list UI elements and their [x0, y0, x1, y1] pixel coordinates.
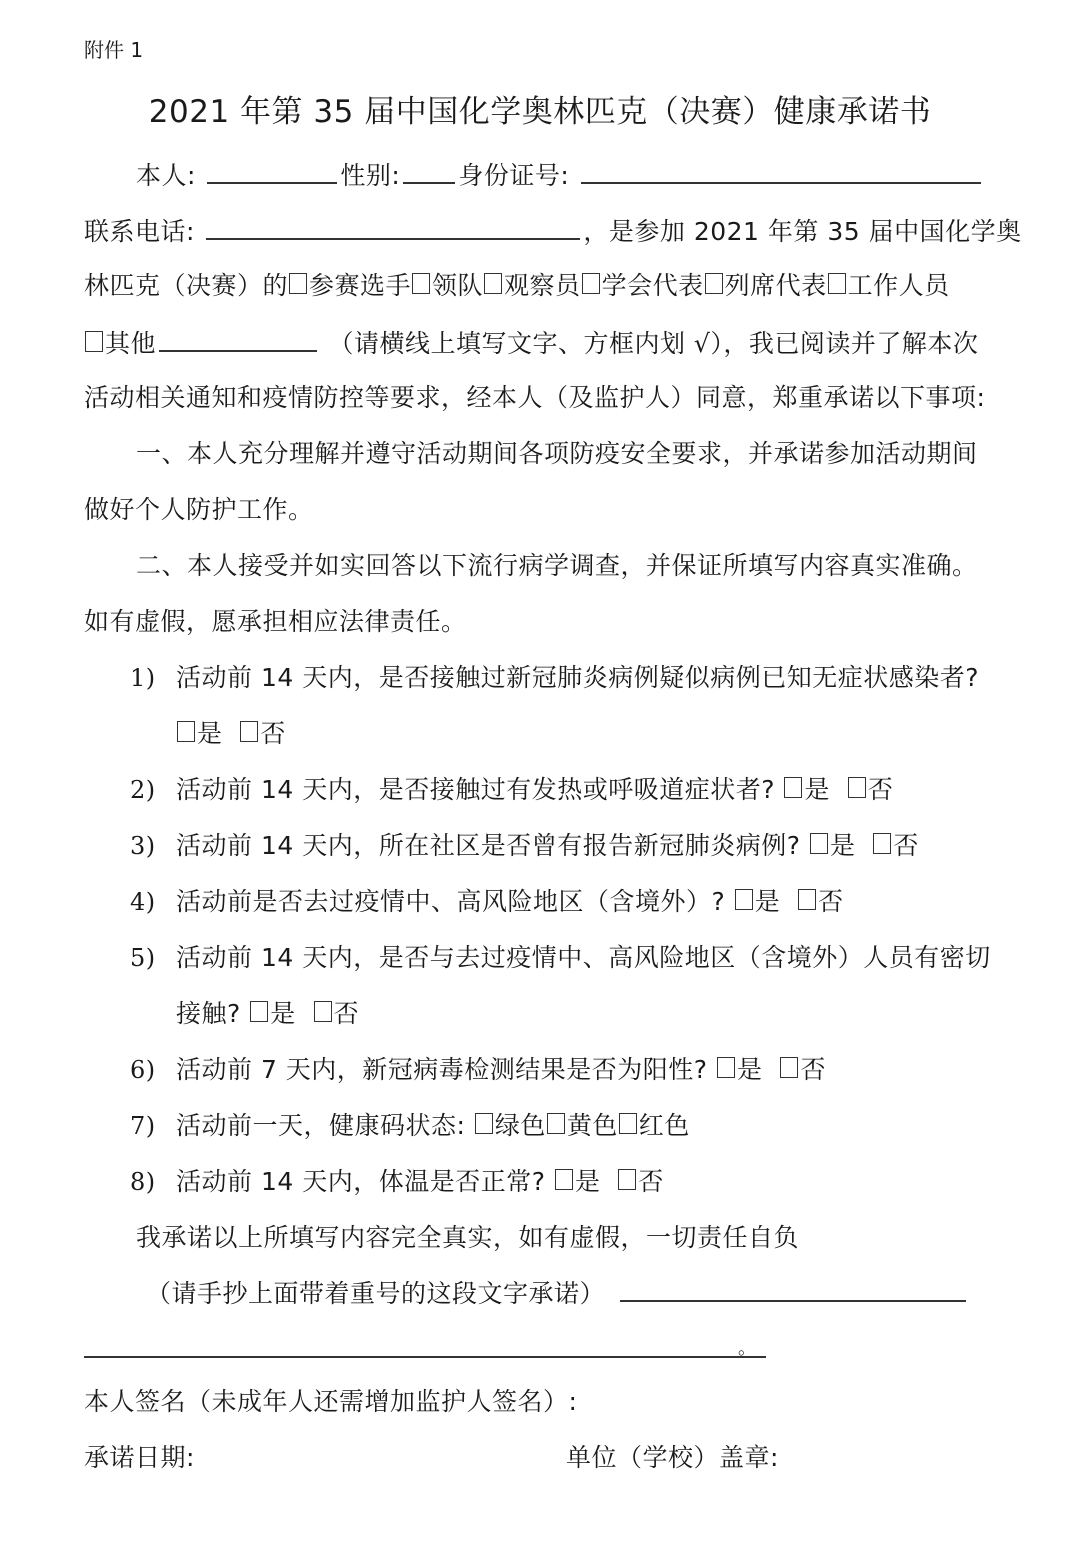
role-option-society-rep[interactable]: 学会代表 — [581, 270, 704, 302]
section-two-line2: 如有虚假，愿承担相应法律责任。 — [84, 606, 467, 638]
checkbox[interactable] — [618, 1169, 636, 1190]
answer-yes[interactable]: 是 — [734, 886, 781, 918]
document-title: 2021 年第 35 届中国化学奥林匹克（决赛）健康承诺书 — [0, 86, 1080, 131]
gender-field[interactable] — [403, 158, 455, 184]
checkbox[interactable] — [582, 273, 600, 294]
end-mark: 。 — [738, 1334, 756, 1360]
attachment-label: 附件 1 — [84, 34, 143, 63]
checkbox[interactable] — [547, 1113, 565, 1134]
question-3: 3)活动前 14 天内，所在社区是否曾有报告新冠肺炎病例? 是 否 — [130, 830, 919, 862]
role-option-leader[interactable]: 领队 — [411, 270, 483, 302]
answer-yes[interactable]: 是 — [716, 1054, 763, 1086]
answer-no[interactable]: 否 — [779, 1054, 826, 1086]
checkbox[interactable] — [873, 833, 891, 854]
question-7: 7)活动前一天，健康码状态: 绿色黄色红色 — [130, 1110, 690, 1142]
checkbox[interactable] — [555, 1169, 573, 1190]
other-role-field[interactable] — [159, 326, 317, 352]
health-code-green[interactable]: 绿色 — [474, 1110, 546, 1142]
stamp-label: 单位（学校）盖章: — [566, 1442, 779, 1474]
section-one-line1: 一、本人充分理解并遵守活动期间各项防疫安全要求，并承诺参加活动期间 — [136, 438, 978, 470]
question-6: 6)活动前 7 天内，新冠病毒检测结果是否为阳性? 是 否 — [130, 1054, 826, 1086]
role-option-attending-rep[interactable]: 列席代表 — [704, 270, 827, 302]
health-code-red[interactable]: 红色 — [618, 1110, 690, 1142]
other-row: 其他 （请横线上填写文字、方框内划 √），我已阅读并了解本次 — [84, 326, 978, 360]
checkbox[interactable] — [735, 889, 753, 910]
phone-label: 联系电话: — [84, 217, 195, 246]
section-one-line2: 做好个人防护工作。 — [84, 494, 314, 526]
answer-no[interactable]: 否 — [313, 998, 360, 1030]
role-option-observer[interactable]: 观察员 — [483, 270, 581, 302]
pledge-copy-field-line1[interactable] — [620, 1300, 966, 1302]
section-two-line1: 二、本人接受并如实回答以下流行病学调查，并保证所填写内容真实准确。 — [136, 550, 978, 582]
pledge-copy-field-line2[interactable] — [84, 1356, 766, 1358]
checkbox[interactable] — [177, 721, 195, 742]
question-5: 5)活动前 14 天内，是否与去过疫情中、高风险地区（含境外）人员有密切 — [130, 942, 991, 974]
checkbox[interactable] — [484, 273, 502, 294]
answer-yes[interactable]: 是 — [809, 830, 856, 862]
role-row: 林匹克（决赛）的参赛选手领队观察员学会代表列席代表工作人员 — [84, 270, 950, 302]
answer-no[interactable]: 否 — [797, 886, 844, 918]
checkbox[interactable] — [85, 331, 103, 352]
checkbox[interactable] — [314, 1001, 332, 1022]
instructions-text: （请横线上填写文字、方框内划 √），我已阅读并了解本次 — [328, 329, 978, 358]
answer-no[interactable]: 否 — [239, 718, 286, 750]
checkbox[interactable] — [828, 273, 846, 294]
checkbox[interactable] — [475, 1113, 493, 1134]
answer-yes[interactable]: 是 — [554, 1166, 601, 1198]
copy-instruction: （请手抄上面带着重号的这段文字承诺） — [146, 1278, 605, 1310]
checkbox[interactable] — [848, 777, 866, 798]
role-option-participant[interactable]: 参赛选手 — [288, 270, 411, 302]
health-code-yellow[interactable]: 黄色 — [546, 1110, 618, 1142]
checkbox[interactable] — [798, 889, 816, 910]
checkbox[interactable] — [705, 273, 723, 294]
checkbox[interactable] — [780, 1057, 798, 1078]
checkbox[interactable] — [717, 1057, 735, 1078]
gender-label: 性别: — [340, 161, 400, 190]
name-field[interactable] — [207, 158, 337, 184]
question-4: 4)活动前是否去过疫情中、高风险地区（含境外）? 是 否 — [130, 886, 844, 918]
id-number-field[interactable] — [581, 158, 981, 184]
id-label: 身份证号: — [458, 161, 569, 190]
role-prefix: 林匹克（决赛）的 — [84, 271, 288, 300]
phone-suffix: ，是参加 2021 年第 35 届中国化学奥 — [583, 217, 1021, 246]
phone-row: 联系电话: ，是参加 2021 年第 35 届中国化学奥 — [84, 214, 1022, 248]
checkbox[interactable] — [810, 833, 828, 854]
signature-label: 本人签名（未成年人还需增加监护人签名）: — [84, 1386, 577, 1418]
question-8: 8)活动前 14 天内，体温是否正常? 是 否 — [130, 1166, 664, 1198]
agreement-line: 活动相关通知和疫情防控等要求，经本人（及监护人）同意，郑重承诺以下事项: — [84, 382, 985, 414]
answer-no[interactable]: 否 — [872, 830, 919, 862]
checkbox[interactable] — [250, 1001, 268, 1022]
answer-yes[interactable]: 是 — [249, 998, 296, 1030]
question-5-cont: 接触? 是 否 — [176, 998, 359, 1030]
question-2: 2)活动前 14 天内，是否接触过有发热或呼吸道症状者? 是 否 — [130, 774, 893, 806]
role-option-staff[interactable]: 工作人员 — [827, 270, 950, 302]
answer-no[interactable]: 否 — [617, 1166, 664, 1198]
name-label: 本人: — [136, 161, 196, 190]
question-1-answers: 是 否 — [176, 718, 286, 750]
checkbox[interactable] — [289, 273, 307, 294]
date-label: 承诺日期: — [84, 1442, 195, 1474]
answer-yes[interactable]: 是 — [176, 718, 223, 750]
checkbox[interactable] — [240, 721, 258, 742]
role-option-other[interactable]: 其他 — [84, 328, 156, 360]
answer-yes[interactable]: 是 — [783, 774, 830, 806]
pledge-statement: 我承诺以上所填写内容完全真实，如有虚假，一切责任自负 — [136, 1222, 799, 1254]
checkbox[interactable] — [412, 273, 430, 294]
question-1: 1)活动前 14 天内，是否接触过新冠肺炎病例疑似病例已知无症状感染者? — [130, 662, 979, 694]
phone-field[interactable] — [206, 214, 580, 240]
checkbox[interactable] — [619, 1113, 637, 1134]
answer-no[interactable]: 否 — [847, 774, 894, 806]
checkbox[interactable] — [784, 777, 802, 798]
identity-row: 本人: 性别:身份证号: — [136, 158, 984, 192]
